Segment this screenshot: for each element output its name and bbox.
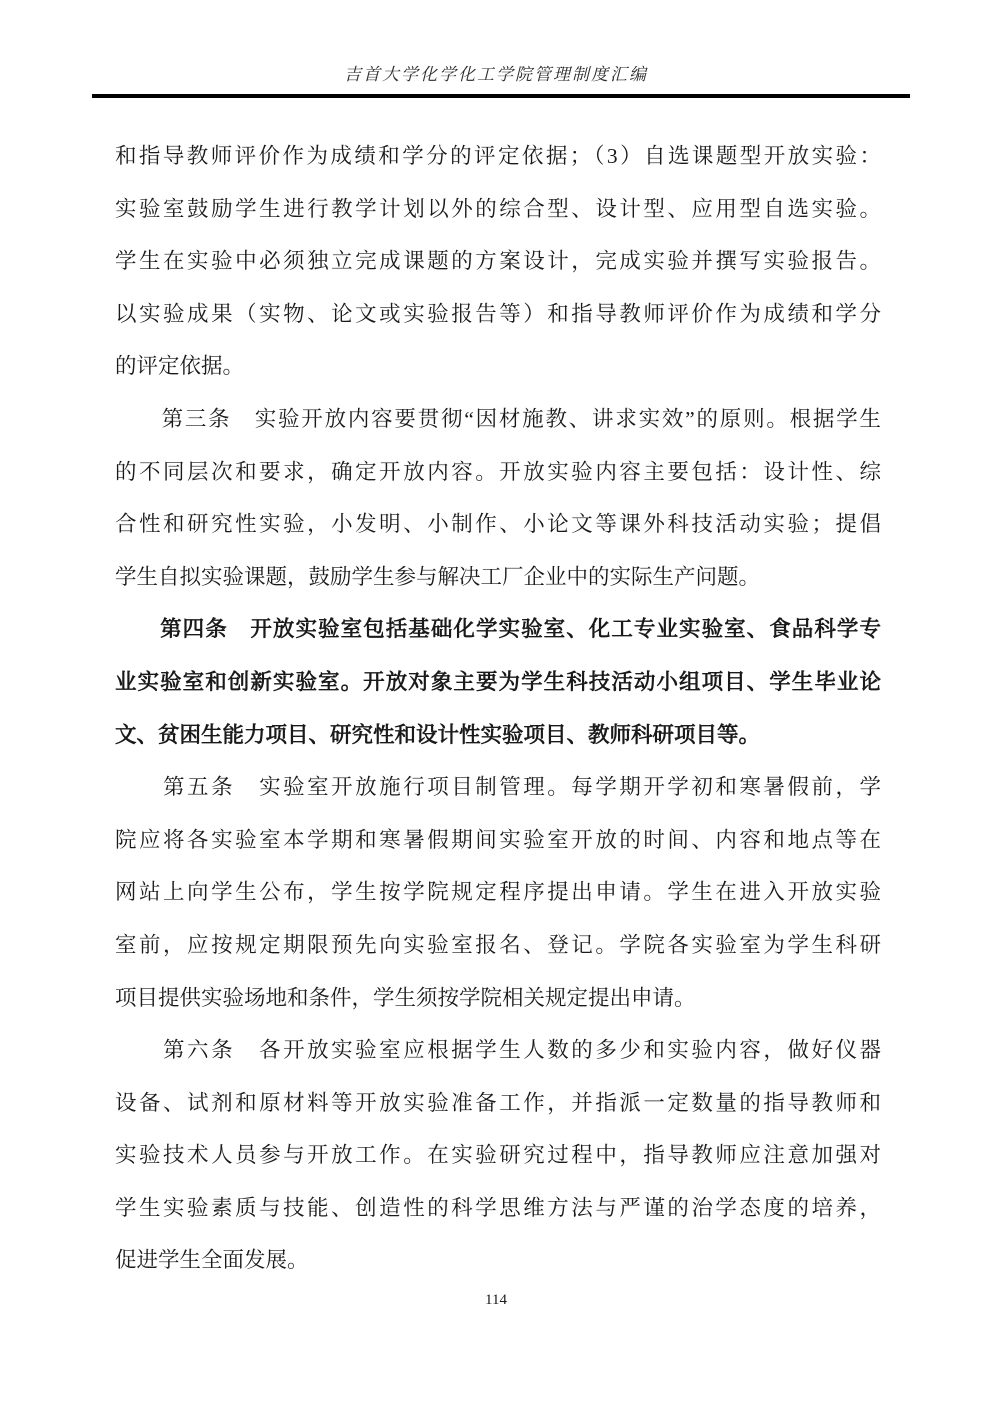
text-line: 室前，应按规定期限预先向实验室报名、登记。学院各实验室为学生科研 bbox=[115, 919, 881, 972]
text-line: 学生自拟实验课题，鼓励学生参与解决工厂企业中的实际生产问题。 bbox=[115, 551, 881, 604]
text-line: 实验技术人员参与开放工作。在实验研究过程中，指导教师应注意加强对 bbox=[115, 1129, 881, 1182]
text-line: 合性和研究性实验，小发明、小制作、小论文等课外科技活动实验；提倡 bbox=[115, 498, 881, 551]
text-line: 实验室鼓励学生进行教学计划以外的综合型、设计型、应用型自选实验。 bbox=[115, 183, 881, 236]
text-line: 促进学生全面发展。 bbox=[115, 1234, 881, 1287]
para-article-4: 第四条 开放实验室包括基础化学实验室、化工专业实验室、食品科学专业实验室和创新实… bbox=[115, 603, 881, 761]
document-body: 和指导教师评价作为成绩和学分的评定依据；（3）自选课题型开放实验：实验室鼓励学生… bbox=[115, 130, 881, 1287]
para-article-3: 第三条 实验开放内容要贯彻“因材施教、讲求实效”的原则。根据学生的不同层次和要求… bbox=[115, 393, 881, 603]
text-line: 网站上向学生公布，学生按学院规定程序提出申请。学生在进入开放实验 bbox=[115, 866, 881, 919]
text-line: 第五条 实验室开放施行项目制管理。每学期开学初和寒暑假前，学 bbox=[115, 761, 881, 814]
document-page: 吉首大学化学化工学院管理制度汇编 和指导教师评价作为成绩和学分的评定依据；（3）… bbox=[0, 0, 992, 1403]
text-line: 第六条 各开放实验室应根据学生人数的多少和实验内容，做好仪器 bbox=[115, 1024, 881, 1077]
text-line: 业实验室和创新实验室。开放对象主要为学生科技活动小组项目、学生毕业论 bbox=[115, 656, 881, 709]
page-number: 114 bbox=[0, 1292, 992, 1309]
text-line: 院应将各实验室本学期和寒暑假期间实验室开放的时间、内容和地点等在 bbox=[115, 814, 881, 867]
para-article-5: 第五条 实验室开放施行项目制管理。每学期开学初和寒暑假前，学院应将各实验室本学期… bbox=[115, 761, 881, 1024]
text-line: 第三条 实验开放内容要贯彻“因材施教、讲求实效”的原则。根据学生 bbox=[115, 393, 881, 446]
header-rule bbox=[92, 94, 910, 98]
text-line: 文、贫困生能力项目、研究性和设计性实验项目、教师科研项目等。 bbox=[115, 709, 881, 762]
text-line: 项目提供实验场地和条件，学生须按学院相关规定提出申请。 bbox=[115, 972, 881, 1025]
text-line: 的评定依据。 bbox=[115, 340, 881, 393]
text-line: 设备、试剂和原材料等开放实验准备工作，并指派一定数量的指导教师和 bbox=[115, 1077, 881, 1130]
text-line: 学生在实验中必须独立完成课题的方案设计，完成实验并撰写实验报告。 bbox=[115, 235, 881, 288]
page-header-title: 吉首大学化学化工学院管理制度汇编 bbox=[0, 60, 992, 85]
text-line: 和指导教师评价作为成绩和学分的评定依据；（3）自选课题型开放实验： bbox=[115, 130, 881, 183]
para-continuation: 和指导教师评价作为成绩和学分的评定依据；（3）自选课题型开放实验：实验室鼓励学生… bbox=[115, 130, 881, 393]
para-article-6: 第六条 各开放实验室应根据学生人数的多少和实验内容，做好仪器设备、试剂和原材料等… bbox=[115, 1024, 881, 1287]
text-line: 以实验成果（实物、论文或实验报告等）和指导教师评价作为成绩和学分 bbox=[115, 288, 881, 341]
text-line: 第四条 开放实验室包括基础化学实验室、化工专业实验室、食品科学专 bbox=[115, 603, 881, 656]
text-line: 学生实验素质与技能、创造性的科学思维方法与严谨的治学态度的培养， bbox=[115, 1182, 881, 1235]
text-line: 的不同层次和要求，确定开放内容。开放实验内容主要包括：设计性、综 bbox=[115, 446, 881, 499]
